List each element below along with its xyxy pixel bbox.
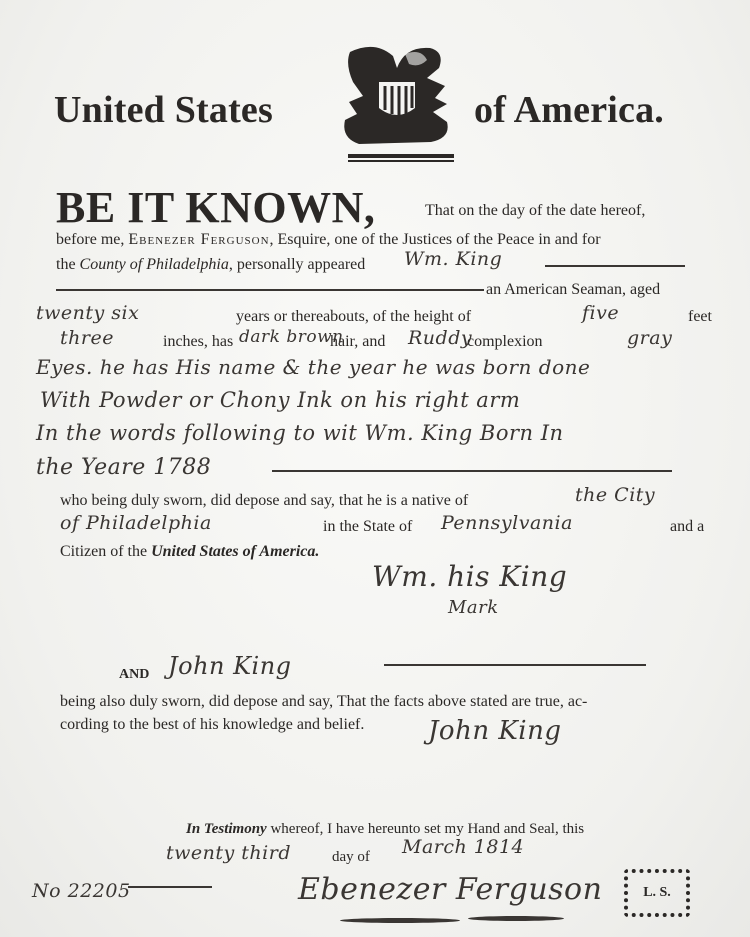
signature-flourish — [468, 916, 564, 921]
testimony-rest-text: whereof, I have hereunto set my Hand and… — [270, 821, 584, 837]
complexion-handwritten: Ruddy — [408, 327, 472, 349]
document-page: United States of America. BE IT KNOWN, T… — [0, 0, 750, 937]
eagle-shield-emblem-icon — [335, 38, 465, 148]
and-label: AND — [119, 667, 149, 683]
personally-appeared-text: , personally appeared — [229, 256, 365, 273]
signature-flourish — [340, 918, 460, 923]
heading-united-states: United States — [54, 88, 273, 132]
testimony-line: In Testimony whereof, I have hereunto se… — [186, 821, 584, 838]
marks-line-4-handwritten: the Yeare 1788 — [36, 455, 211, 480]
witness-signature-handwritten: John King — [428, 716, 561, 746]
oath-line-1: who being duly sworn, did depose and say… — [60, 492, 468, 510]
marks-line-1-handwritten: Eyes. he has His name & the year he was … — [36, 355, 590, 379]
age-handwritten: twenty six — [36, 302, 139, 324]
fill-line — [56, 289, 484, 291]
eyes-handwritten: gray — [627, 327, 672, 349]
hair-and-text: hair, and — [330, 333, 385, 351]
hair-color-handwritten: dark brown — [239, 327, 344, 347]
fill-line — [272, 470, 672, 472]
month-year-handwritten: March 1814 — [402, 836, 524, 858]
years-height-text: years or thereabouts, of the height of — [236, 308, 471, 326]
opening-line-3: the County of Philadelphia, personally a… — [56, 256, 365, 274]
citizen-country: United States of America. — [151, 543, 319, 560]
certificate-number-handwritten: No 22205 — [32, 880, 131, 902]
day-of-text: day of — [332, 849, 370, 866]
marks-line-3-handwritten: In the words following to wit Wm. King B… — [36, 421, 564, 445]
before-me-text: before me, — [56, 231, 124, 248]
heading-rule — [348, 154, 454, 158]
heading-rule-thin — [348, 160, 454, 162]
native-of-handwritten: the City — [575, 484, 655, 506]
witness-line-1: being also duly sworn, did depose and sa… — [60, 693, 587, 711]
seal-label: L. S. — [643, 885, 671, 901]
justice-name: Ebenezer Ferguson — [128, 231, 269, 248]
county-name: County of Philadelphia — [80, 256, 229, 273]
day-handwritten: twenty third — [166, 842, 291, 864]
and-a-text: and a — [670, 518, 704, 536]
height-inches-handwritten: three — [60, 327, 114, 349]
seaman-mark-handwritten: Mark — [448, 597, 499, 618]
the-text: the — [56, 256, 76, 273]
native-city-handwritten: of Philadelphia — [60, 512, 212, 534]
citizen-of-the-text: Citizen of the — [60, 543, 147, 560]
marks-line-2-handwritten: With Powder or Chony Ink on his right ar… — [40, 388, 520, 412]
feet-label: feet — [688, 308, 712, 326]
justice-title-text: , Esquire, one of the Justices of the Pe… — [270, 231, 601, 248]
american-seaman-text: an American Seaman, aged — [486, 281, 660, 299]
state-of-label: in the State of — [323, 518, 412, 536]
justice-signature-handwritten: Ebenezer Ferguson — [298, 872, 602, 907]
inches-has-text: inches, has — [163, 333, 233, 351]
citizen-line: Citizen of the United States of America. — [60, 543, 319, 561]
seaman-name-handwritten: Wm. King — [404, 248, 502, 270]
seal-box: L. S. — [624, 869, 690, 917]
seaman-signature-handwritten: Wm. his King — [372, 560, 567, 593]
witness-name-handwritten: John King — [168, 652, 292, 680]
witness-line-2: cording to the best of his knowledge and… — [60, 716, 364, 734]
opening-line-2: before me, Ebenezer Ferguson, Esquire, o… — [56, 231, 601, 249]
in-testimony-text: In Testimony — [186, 821, 267, 837]
complexion-label: complexion — [467, 333, 543, 351]
be-it-known-heading: BE IT KNOWN, — [56, 182, 375, 233]
opening-line-1: That on the day of the date hereof, — [425, 202, 645, 220]
state-handwritten: Pennsylvania — [441, 512, 573, 534]
heading-of-america: of America. — [474, 88, 664, 132]
fill-line — [128, 886, 212, 888]
fill-line — [384, 664, 646, 666]
height-feet-handwritten: five — [582, 302, 619, 324]
fill-line — [545, 265, 685, 267]
